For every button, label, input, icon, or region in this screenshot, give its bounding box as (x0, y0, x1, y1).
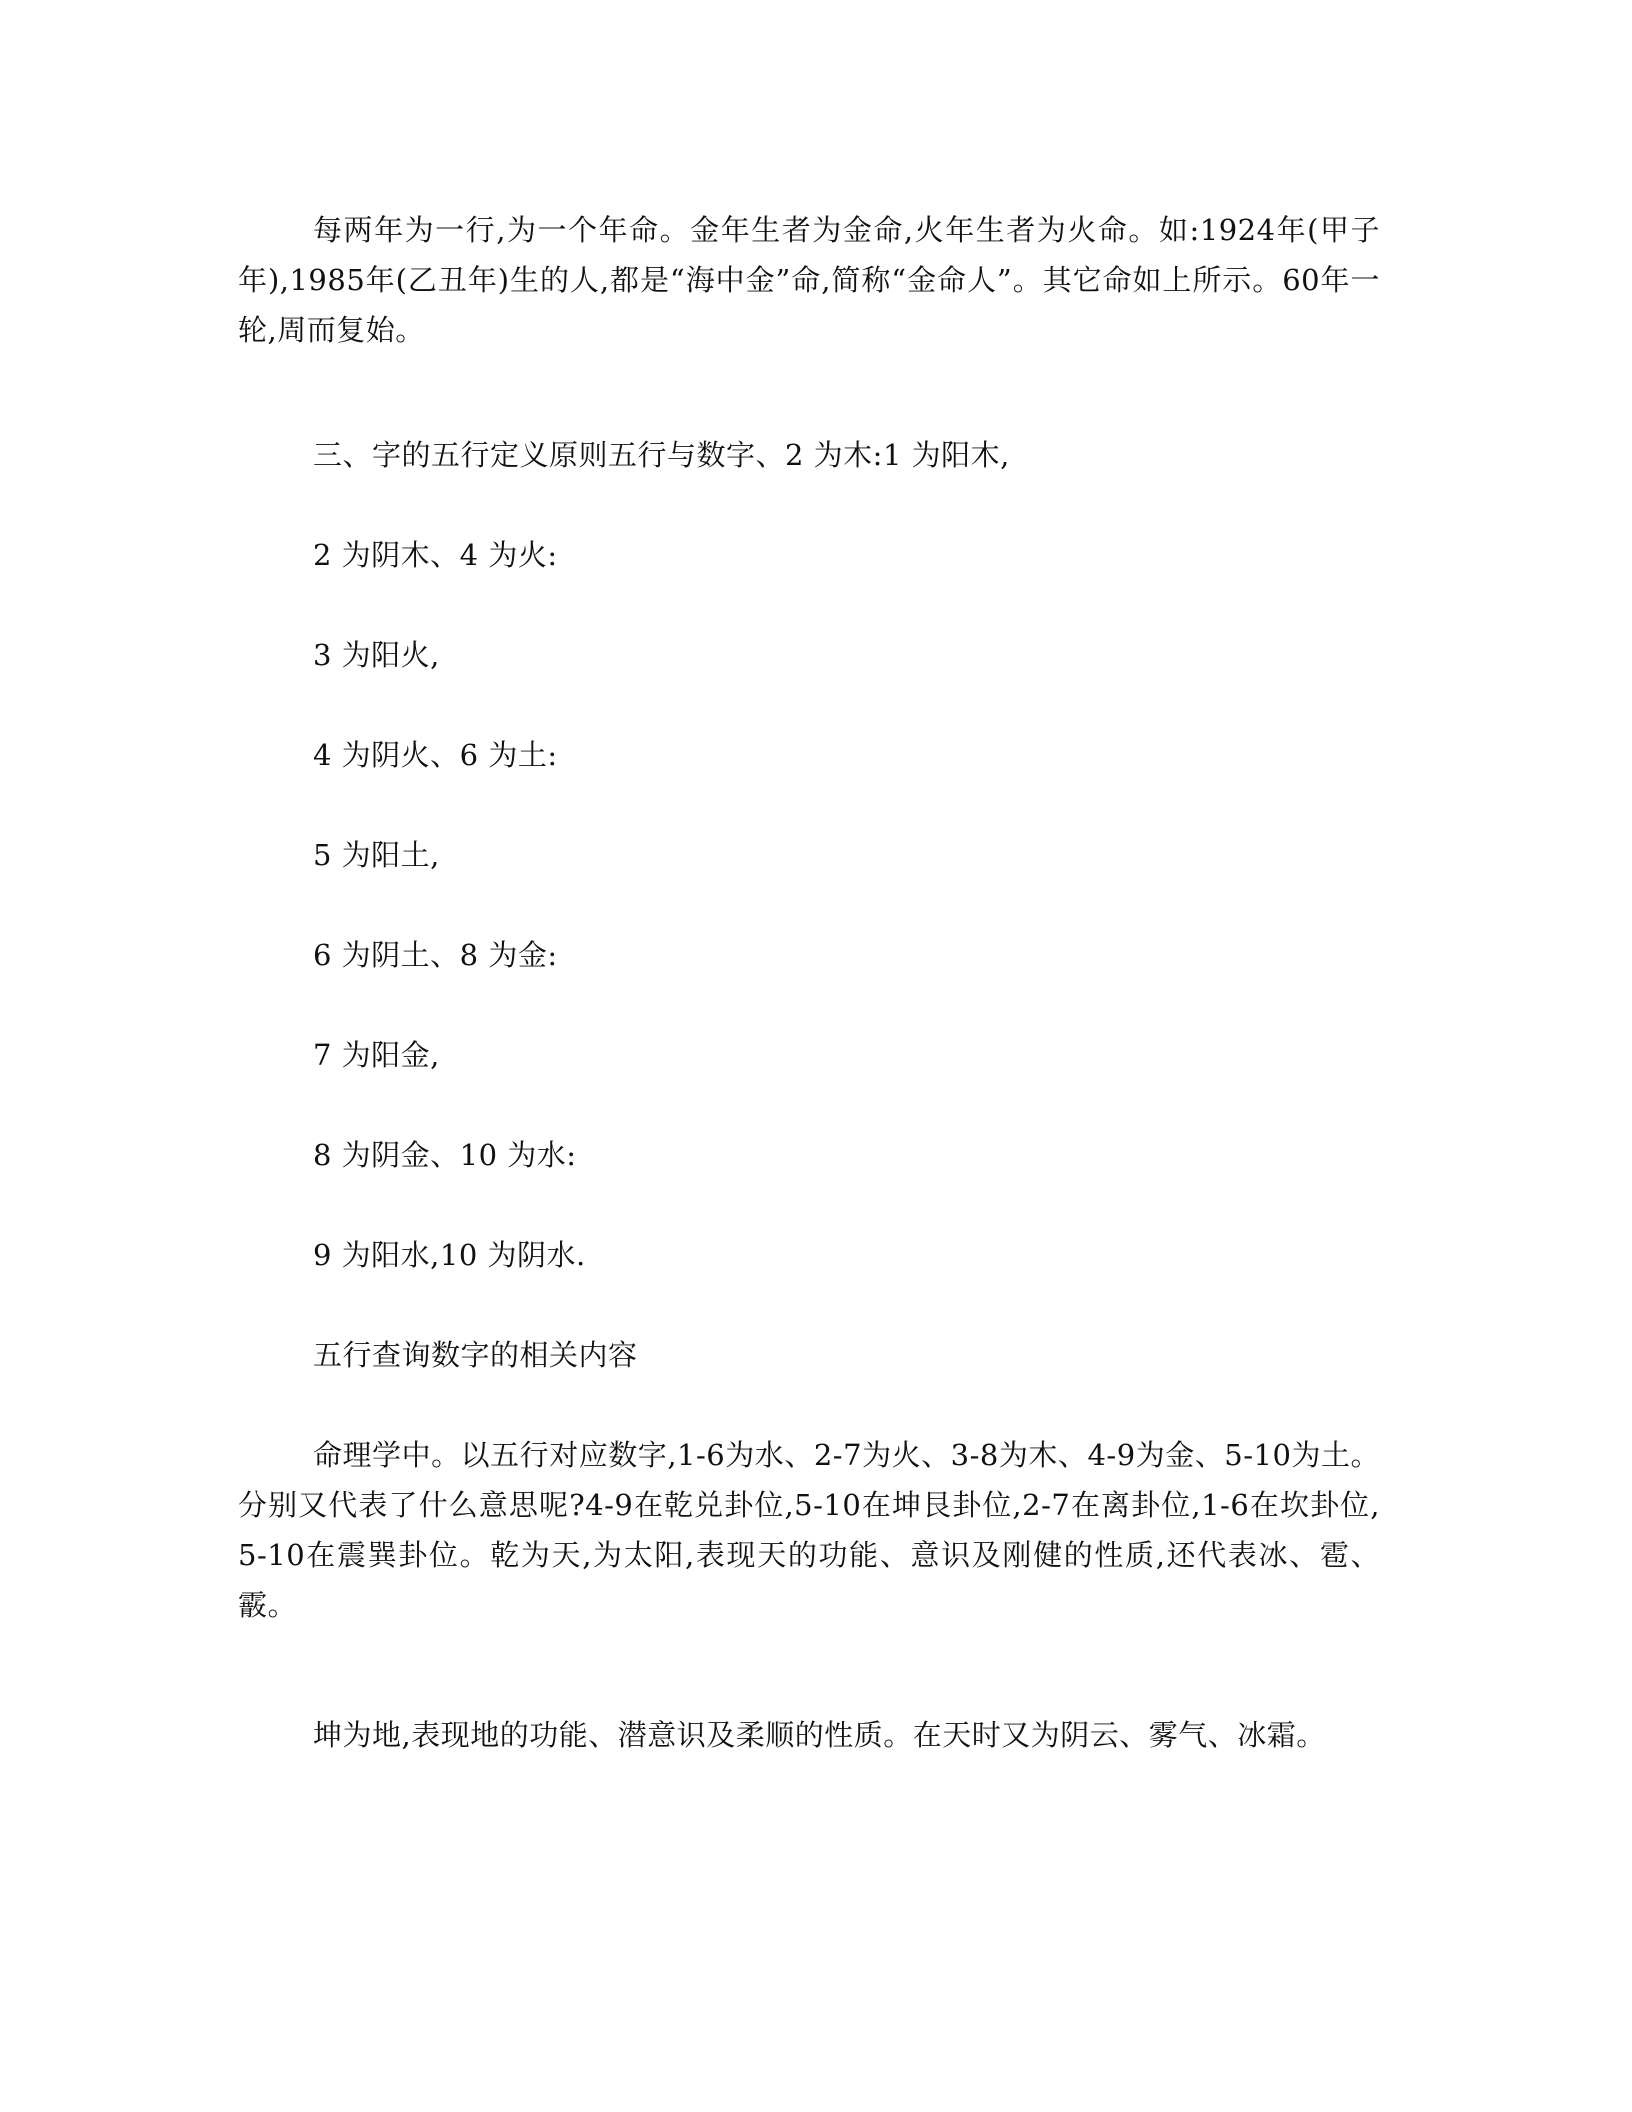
list-item: 5 为阳土, (313, 830, 440, 880)
list-item: 3 为阳火, (313, 630, 440, 680)
list-item: 9 为阳水,10 为阴水. (313, 1230, 586, 1280)
list-item: 2 为阴木、4 为火: (313, 530, 558, 580)
paragraph-mingli: 命理学中。以五行对应数字,1-6为水、2-7为火、3-8为木、4-9为金、5-1… (238, 1430, 1380, 1630)
list-item: 8 为阴金、10 为水: (313, 1130, 577, 1180)
section-three-heading: 三、字的五行定义原则五行与数字、2 为木:1 为阳木, (313, 430, 1010, 480)
list-item: 4 为阴火、6 为土: (313, 730, 558, 780)
list-item: 6 为阴土、8 为金: (313, 930, 558, 980)
subheading-wuxing-numbers: 五行查询数字的相关内容 (313, 1330, 638, 1380)
list-item: 7 为阳金, (313, 1030, 440, 1080)
paragraph-kun: 坤为地,表现地的功能、潜意识及柔顺的性质。在天时又为阴云、雾气、冰霜。 (238, 1710, 1380, 1760)
paragraph-year-destiny: 每两年为一行,为一个年命。金年生者为金命,火年生者为火命。如:1924年(甲子年… (238, 205, 1380, 355)
document-page: 每两年为一行,为一个年命。金年生者为金命,火年生者为火命。如:1924年(甲子年… (0, 0, 1632, 2112)
